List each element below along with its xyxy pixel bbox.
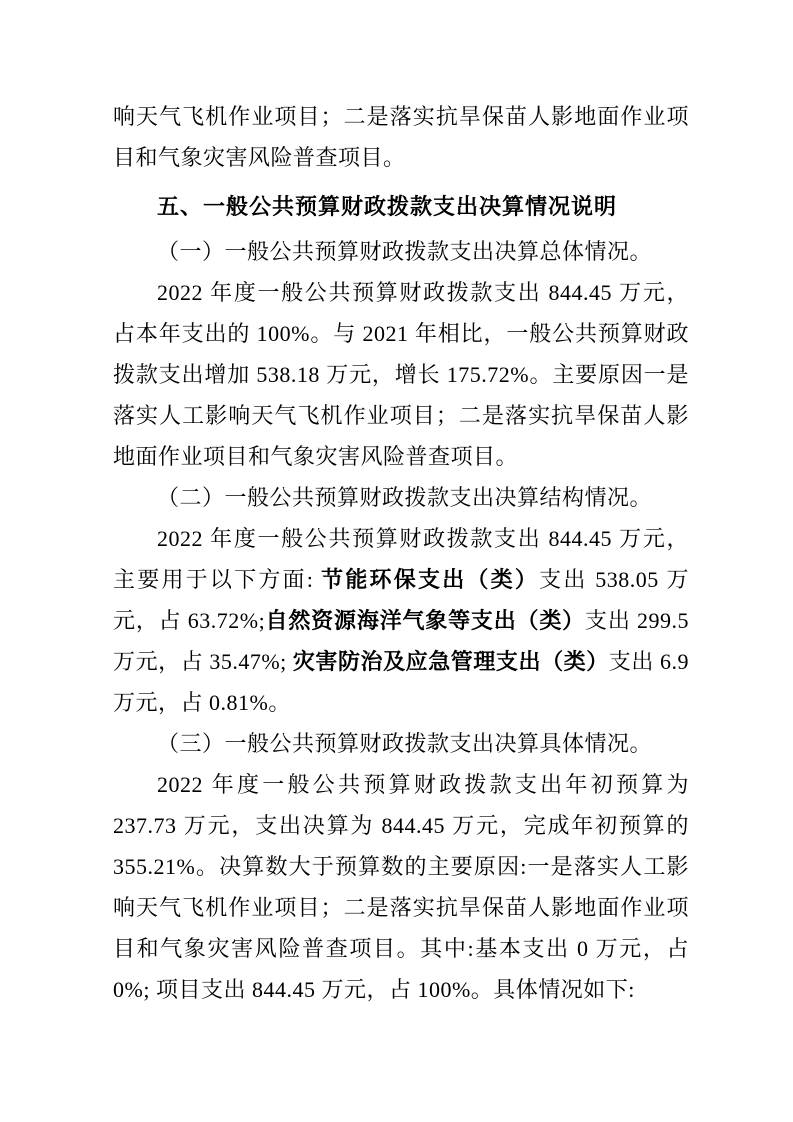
sub-heading-structure: （二）一般公共预算财政拨款支出决算结构情况。 [113,477,689,518]
section-heading: 五、一般公共预算财政拨款支出决算情况说明 [113,186,689,227]
bold-term-energy-conservation: 节能环保支出（类） [321,567,539,592]
paragraph-detail-situation: 2022 年度一般公共预算财政拨款支出年初预算为 237.73 万元，支出决算为… [113,764,689,1010]
bold-term-natural-resources: 自然资源海洋气象等支出（类） [265,608,585,633]
document-content: 响天气飞机作业项目；二是落实抗旱保苗人影地面作业项目和气象灾害风险普查项目。 五… [113,96,689,1010]
paragraph-continuation: 响天气飞机作业项目；二是落实抗旱保苗人影地面作业项目和气象灾害风险普查项目。 [113,96,689,178]
document-page: 响天气飞机作业项目；二是落实抗旱保苗人影地面作业项目和气象灾害风险普查项目。 五… [0,0,793,1122]
sub-heading-detail: （三）一般公共预算财政拨款支出决算具体情况。 [113,723,689,764]
bold-term-disaster-prevention: 灾害防治及应急管理支出（类） [293,649,609,674]
paragraph-expenditure-structure: 2022 年度一般公共预算财政拨款支出 844.45 万元，主要用于以下方面: … [113,518,689,723]
paragraph-overall-situation: 2022 年度一般公共预算财政拨款支出 844.45 万元，占本年支出的 100… [113,272,689,477]
sub-heading-overall: （一）一般公共预算财政拨款支出决算总体情况。 [113,231,689,272]
